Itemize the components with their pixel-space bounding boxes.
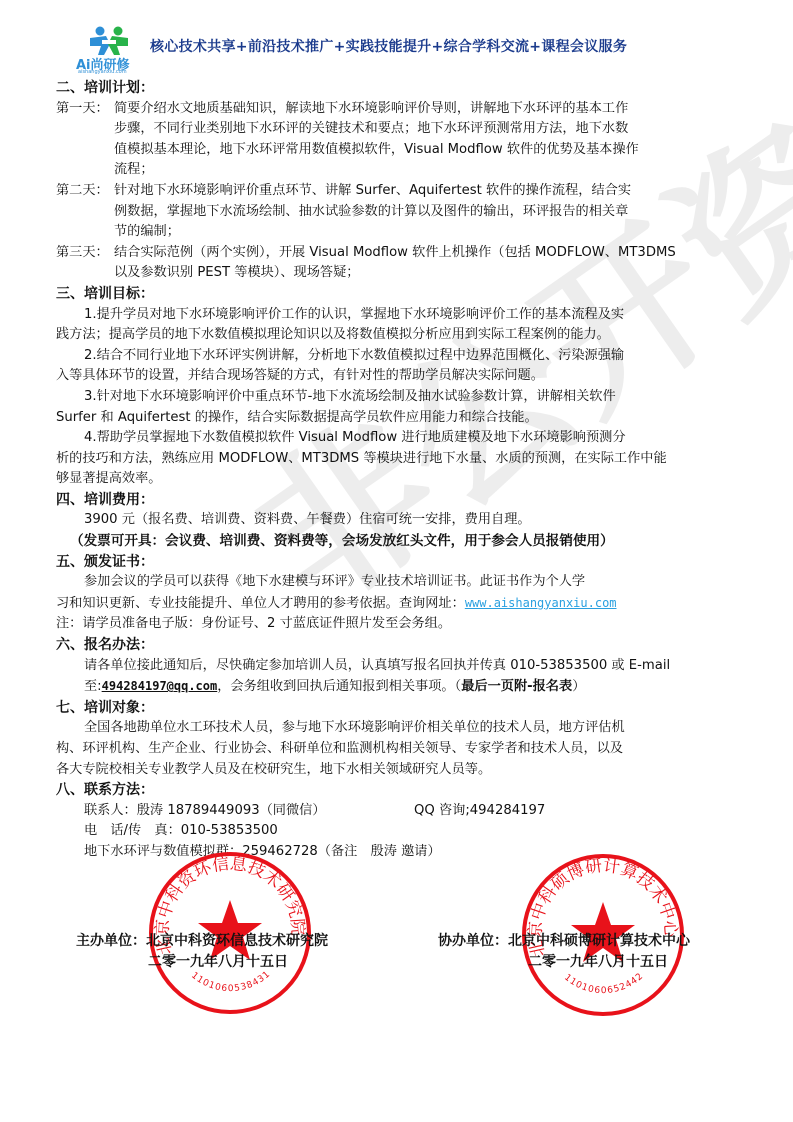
email-link[interactable]: 494284197@qq.com	[102, 679, 218, 693]
certificate-text: 习和知识更新、专业技能提升、单位人才聘用的参考依据。查询网址：	[56, 596, 465, 611]
audience-line: 全国各地勘单位水工环技术人员，参与地下水环境影响评价相关单位的技术人员，地方评估…	[56, 718, 746, 739]
goal-line: 够显著提高效率。	[56, 469, 746, 490]
contact-person-row: 联系人：殷涛 18789449093（同微信）QQ 咨询;494284197	[56, 801, 746, 822]
plan-day-2: 第二天： 针对地下水环境影响评价重点环节、讲解 Surfer、Aquiferte…	[56, 181, 746, 243]
goal-line: 析的技巧和方法，熟练应用 MODFLOW、MT3DMS 等模块进行地下水量、水质…	[56, 449, 746, 470]
logo: Ai尚研修 aishangyanxiu.com	[76, 26, 138, 74]
day-line: 例数据，掌握地下水流场绘制、抽水试验参数的计算以及图件的输出，环评报告的相关章	[114, 202, 746, 223]
day-label: 第一天：	[56, 99, 114, 181]
document-page: 非公开资料 Ai尚研修 aishangyanxiu.com 核心技术共享+前沿技…	[0, 0, 793, 1122]
audience-line: 各大专院校相关专业教学人员及在校研究生，地下水相关领域研究人员等。	[56, 760, 746, 781]
logo-subtitle: aishangyanxiu.com	[78, 69, 127, 75]
document-body: 二、培训计划： 第一天： 简要介绍水文地质基础知识，解读地下水环境影响评价导则，…	[56, 78, 746, 863]
section-title-registration: 六、报名办法：	[56, 635, 746, 656]
fee-amount: 3900 元（报名费、培训费、资料费、午餐费）住宿可统一安排，费用自理。	[56, 510, 746, 531]
day-line: 步骤，不同行业类别地下水环评的关键技术和要点；地下水环评预测常用方法，地下水数	[114, 119, 746, 140]
goal-line: 3.针对地下水环境影响评价中重点环节-地下水流场绘制及抽水试验参数计算，讲解相关…	[56, 387, 746, 408]
co-organizer-label: 协办单位：北京中科硕博研计算技术中心	[438, 930, 690, 950]
logo-figures-icon	[84, 26, 134, 56]
co-organizer-date: 二零一九年八月十五日	[528, 951, 668, 971]
goal-item: 1.提升学员对地下水环境影响评价工作的认识，掌握地下水环境影响评价工作的基本流程…	[56, 305, 746, 346]
registration-line: 至:494284197@qq.com，会务组收到回执后通知报到相关事项。（最后一…	[56, 676, 746, 698]
day-line: 简要介绍水文地质基础知识，解读地下水环境影响评价导则，讲解地下水环评的基本工作	[114, 99, 746, 120]
contact-person: 联系人：殷涛 18789449093（同微信）	[84, 801, 414, 822]
certificate-line: 习和知识更新、专业技能提升、单位人才聘用的参考依据。查询网址：www.aisha…	[56, 593, 746, 615]
goal-line: 入等具体环节的设置，并结合现场答疑的方式，有针对性的帮助学员解决实际问题。	[56, 366, 746, 387]
day-line: 针对地下水环境影响评价重点环节、讲解 Surfer、Aquifertest 软件…	[114, 181, 746, 202]
contact-phone: 电 话/传 真：010-53853500	[56, 821, 746, 842]
svg-text:1101060652442: 1101060652442	[562, 971, 646, 996]
day-line: 以及参数识别 PEST 等模块）、现场答疑；	[114, 263, 746, 284]
section-title-contact: 八、联系方法：	[56, 780, 746, 801]
goal-item: 3.针对地下水环境影响评价中重点环节-地下水流场绘制及抽水试验参数计算，讲解相关…	[56, 387, 746, 428]
goal-line: 践方法；提高学员的地下水数值模拟理论知识以及将数值模拟分析应用到实际工程案例的能…	[56, 325, 746, 346]
goal-line: 2.结合不同行业地下水环评实例讲解，分析地下水数值模拟过程中边界范围概化、污染源…	[56, 346, 746, 367]
section-title-goals: 三、培训目标：	[56, 284, 746, 305]
section-title-certificate: 五、颁发证书：	[56, 552, 746, 573]
host-organizer-label: 主办单位：北京中科资环信息技术研究院	[76, 930, 328, 950]
day-label: 第二天：	[56, 181, 114, 243]
plan-day-3: 第三天： 结合实际范例（两个实例），开展 Visual Modflow 软件上机…	[56, 243, 746, 284]
day-line: 结合实际范例（两个实例），开展 Visual Modflow 软件上机操作（包括…	[114, 243, 746, 264]
registration-form-note: 最后一页附-报名表	[461, 679, 572, 694]
day-label: 第三天：	[56, 243, 114, 284]
header-slogan: 核心技术共享+前沿技术推广+实践技能提升+综合学科交流+课程会议服务	[150, 36, 627, 56]
registration-line: 请各单位接此通知后，尽快确定参加培训人员，认真填写报名回执并传真 010-538…	[56, 656, 746, 677]
website-link[interactable]: www.aishangyanxiu.com	[465, 596, 617, 610]
goal-item: 2.结合不同行业地下水环评实例讲解，分析地下水数值模拟过程中边界范围概化、污染源…	[56, 346, 746, 387]
registration-text: 至:	[84, 679, 102, 694]
goal-line: Surfer 和 Aquifertest 的操作，结合实际数据提高学员软件应用能…	[56, 408, 746, 429]
certificate-line: 参加会议的学员可以获得《地下水建模与环评》专业技术培训证书。此证书作为个人学	[56, 572, 746, 593]
svg-text:1101060538431: 1101060538431	[189, 969, 273, 994]
audience-line: 构、环评机构、生产企业、行业协会、科研单位和监测机构相关领导、专家学者和技术人员…	[56, 739, 746, 760]
invoice-note: （发票可开具：会议费、培训费、资料费等，会场发放红头文件，用于参会人员报销使用）	[56, 531, 746, 552]
day-line: 节的编制；	[114, 222, 746, 243]
contact-qq: QQ 咨询;494284197	[414, 803, 545, 818]
registration-text: ，会务组收到回执后通知报到相关事项。（	[217, 679, 461, 694]
page-header: Ai尚研修 aishangyanxiu.com 核心技术共享+前沿技术推广+实践…	[72, 26, 752, 78]
goal-item: 4.帮助学员掌握地下水数值模拟软件 Visual Modflow 进行地质建模及…	[56, 428, 746, 490]
plan-day-1: 第一天： 简要介绍水文地质基础知识，解读地下水环境影响评价导则，讲解地下水环评的…	[56, 99, 746, 181]
day-line: 流程；	[114, 160, 746, 181]
host-date: 二零一九年八月十五日	[148, 951, 288, 971]
certificate-note: 注：请学员准备电子版：身份证号、2 寸蓝底证件照片发至会务组。	[56, 614, 746, 635]
goal-line: 4.帮助学员掌握地下水数值模拟软件 Visual Modflow 进行地质建模及…	[56, 428, 746, 449]
day-line: 值模拟基本理论，地下水环评常用数值模拟软件，Visual Modflow 软件的…	[114, 140, 746, 161]
registration-text: ）	[572, 679, 585, 694]
section-title-audience: 七、培训对象：	[56, 698, 746, 719]
goal-line: 1.提升学员对地下水环境影响评价工作的认识，掌握地下水环境影响评价工作的基本流程…	[56, 305, 746, 326]
section-title-plan: 二、培训计划：	[56, 78, 746, 99]
section-title-fees: 四、培训费用：	[56, 490, 746, 511]
